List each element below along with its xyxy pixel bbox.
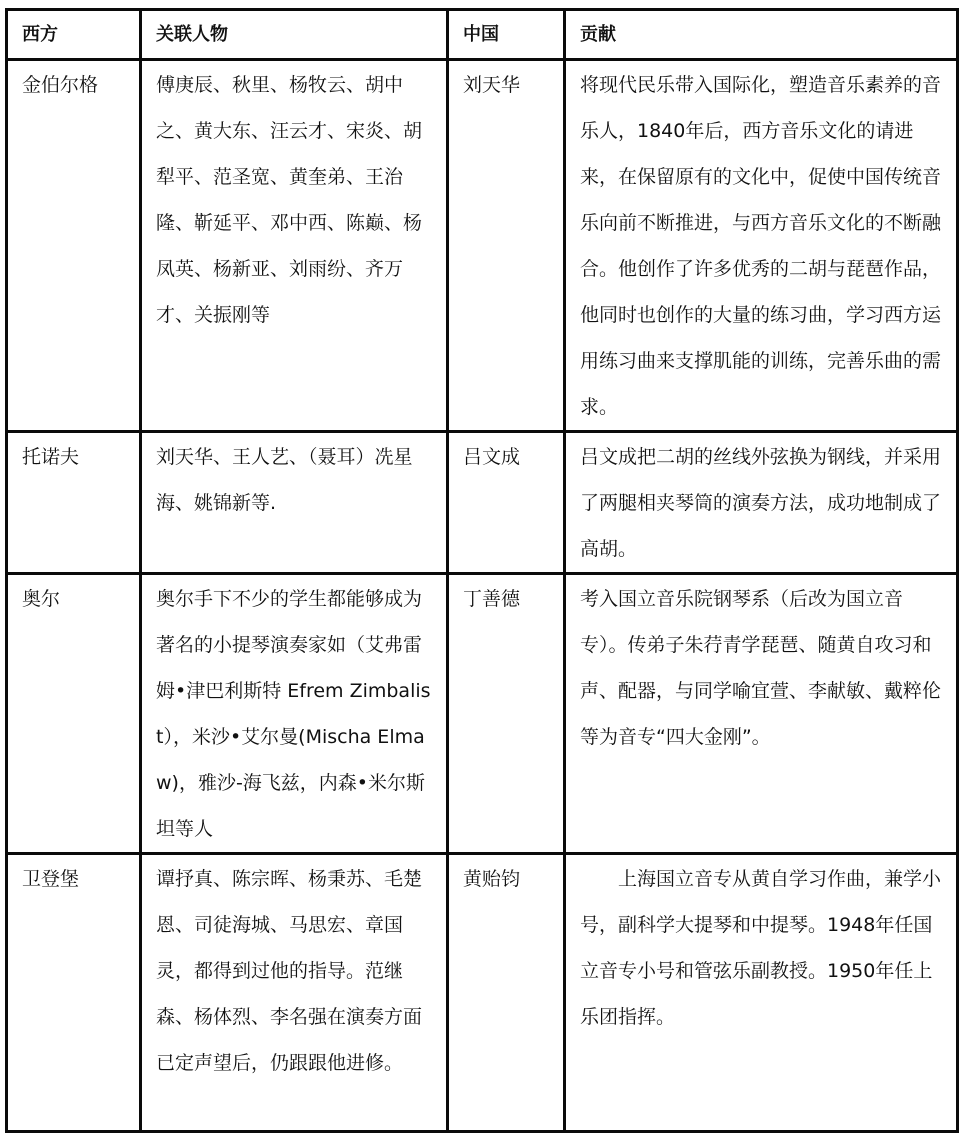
cell-contribution: 考入国立音乐院钢琴系（后改为国立音专）。传弟子朱荇青学琵琶、随黄自攻习和声、配器… <box>565 574 958 854</box>
table-row: 托诺夫 刘天华、王人艺、（聂耳）冼星海、姚锦新等. 吕文成 吕文成把二胡的丝线外… <box>7 432 958 574</box>
cell-contribution: 上海国立音专从黄自学习作曲，兼学小号，副科学大提琴和中提琴。1948年任国立音专… <box>565 854 958 1132</box>
cell-west: 托诺夫 <box>7 432 141 574</box>
header-related: 关联人物 <box>141 10 448 60</box>
cell-related: 刘天华、王人艺、（聂耳）冼星海、姚锦新等. <box>141 432 448 574</box>
header-contribution: 贡献 <box>565 10 958 60</box>
cell-west: 卫登堡 <box>7 854 141 1132</box>
cell-contribution: 吕文成把二胡的丝线外弦换为钢线，并采用了两腿相夹琴筒的演奏方法，成功地制成了高胡… <box>565 432 958 574</box>
cell-related: 奥尔手下不少的学生都能够成为著名的小提琴演奏家如（艾弗雷姆•津巴利斯特 Efre… <box>141 574 448 854</box>
table-row: 金伯尔格 傅庚辰、秋里、杨牧云、胡中之、黄大东、汪云才、宋炎、胡犁平、范圣宽、黄… <box>7 60 958 432</box>
cell-west: 金伯尔格 <box>7 60 141 432</box>
table-row: 卫登堡 谭抒真、陈宗晖、杨秉苏、毛楚恩、司徒海城、马思宏、章国灵，都得到过他的指… <box>7 854 958 1132</box>
comparison-table: 西方 关联人物 中国 贡献 金伯尔格 傅庚辰、秋里、杨牧云、胡中之、黄大东、汪云… <box>5 8 959 1133</box>
cell-contribution: 将现代民乐带入国际化，塑造音乐素养的音乐人，1840年后，西方音乐文化的请进来，… <box>565 60 958 432</box>
cell-china: 丁善德 <box>448 574 565 854</box>
table-header-row: 西方 关联人物 中国 贡献 <box>7 10 958 60</box>
cell-china: 刘天华 <box>448 60 565 432</box>
table-row: 奥尔 奥尔手下不少的学生都能够成为著名的小提琴演奏家如（艾弗雷姆•津巴利斯特 E… <box>7 574 958 854</box>
cell-related: 傅庚辰、秋里、杨牧云、胡中之、黄大东、汪云才、宋炎、胡犁平、范圣宽、黄奎弟、王治… <box>141 60 448 432</box>
header-west: 西方 <box>7 10 141 60</box>
header-china: 中国 <box>448 10 565 60</box>
cell-china: 黄贻钧 <box>448 854 565 1132</box>
cell-west: 奥尔 <box>7 574 141 854</box>
cell-china: 吕文成 <box>448 432 565 574</box>
cell-related: 谭抒真、陈宗晖、杨秉苏、毛楚恩、司徒海城、马思宏、章国灵，都得到过他的指导。范继… <box>141 854 448 1132</box>
